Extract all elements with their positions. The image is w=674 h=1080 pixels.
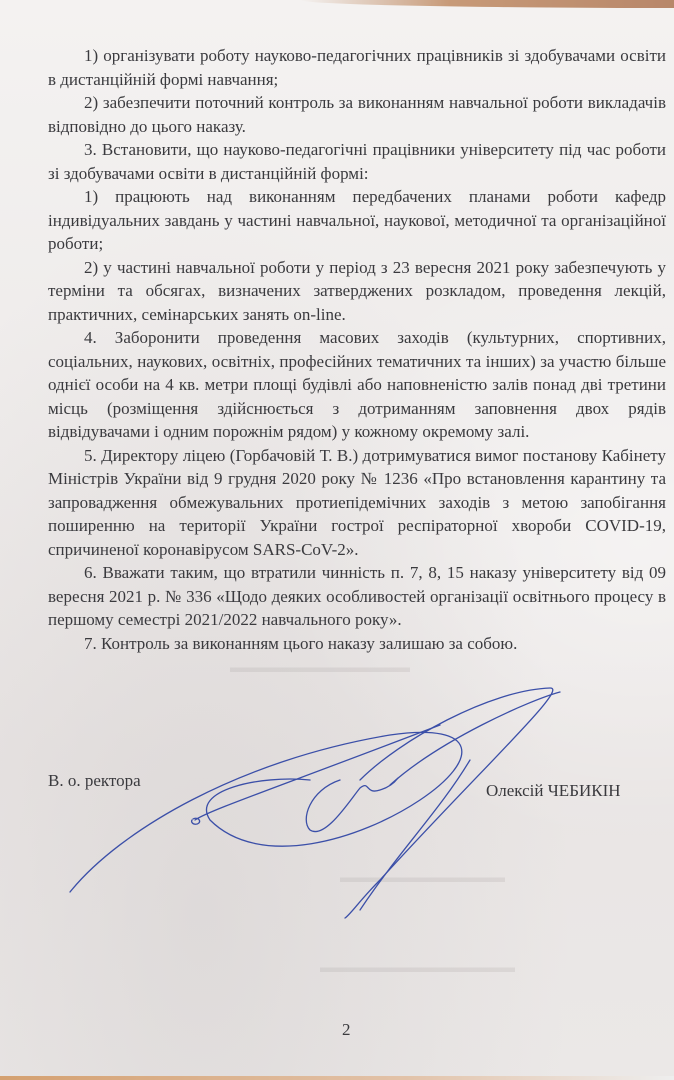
bleed-through-text: ▬▬▬▬▬▬▬▬▬▬▬▬	[230, 660, 410, 677]
paragraph-item-2: 2) забезпечити поточний контроль за вико…	[48, 91, 666, 138]
document-body: 1) організувати роботу науково-педагогіч…	[48, 44, 666, 655]
paragraph-item-1: 1) організувати роботу науково-педагогіч…	[48, 44, 666, 91]
page-number: 2	[342, 1020, 351, 1040]
paragraph-clause-7: 7. Контроль за виконанням цього наказу з…	[48, 632, 666, 656]
paragraph-clause-3-item-1: 1) працюють над виконанням передбачених …	[48, 185, 666, 256]
paragraph-clause-4: 4. Заборонити проведення масових заходів…	[48, 326, 666, 444]
paper-bottom-edge	[0, 1076, 674, 1080]
paper-top-edge	[300, 0, 674, 8]
handwritten-signature	[60, 680, 580, 920]
bleed-through-text: ▬▬▬▬▬▬▬▬▬▬▬▬▬	[320, 960, 515, 977]
paragraph-clause-3-item-2: 2) у частині навчальної роботи у період …	[48, 256, 666, 327]
paragraph-clause-3: 3. Встановити, що науково-педагогічні пр…	[48, 138, 666, 185]
paragraph-clause-5: 5. Директору ліцею (Горбачовій Т. В.) до…	[48, 444, 666, 562]
paragraph-clause-6: 6. Вважати таким, що втратили чинність п…	[48, 561, 666, 632]
